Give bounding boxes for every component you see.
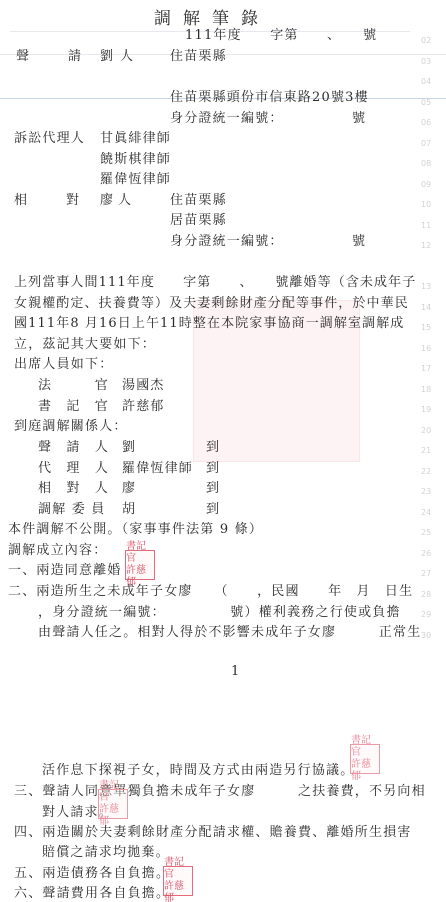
respondent-id-label: 身分證統一編號： xyxy=(170,234,284,250)
term-4-line: 四、兩造關於夫妻剩餘財產分配請求權、贍養費、離婚所生損害 xyxy=(14,825,412,841)
applicant-role: 聲 請 人 xyxy=(16,49,146,65)
counsel-lawyer: 甘眞緋律師 xyxy=(100,131,171,147)
respondent-address-2: 居苗栗縣 xyxy=(170,213,227,229)
term-4-line: 賠償之請求均拋棄。 xyxy=(42,845,170,861)
present-name: 羅偉恆律師 xyxy=(122,461,193,477)
counsel-role: 訴訟代理人 xyxy=(14,131,85,147)
present-role: 相 對 人 xyxy=(38,481,109,497)
line-number: 15 xyxy=(421,323,431,332)
line-number: 11 xyxy=(421,221,431,230)
line-number: 06 xyxy=(421,118,431,127)
line-number: 21 xyxy=(421,446,431,455)
clerk-seal: 書記官 許慈郁 xyxy=(125,550,155,580)
line-number: 19 xyxy=(421,405,431,414)
clerk-seal: 書記官 許慈郁 xyxy=(350,744,380,774)
line-number: 30 xyxy=(421,631,431,640)
term-2-line: 由聲請人任之。相對人得於不影響未成年子女廖 正常生 xyxy=(38,625,421,641)
line-number: 07 xyxy=(421,139,431,148)
present-status: 到 xyxy=(206,502,220,518)
line-number: 03 xyxy=(421,57,431,66)
line-number: 08 xyxy=(421,159,431,168)
respondent-role: 相 對 人 xyxy=(14,193,144,209)
intro-line: 國111年8 月16日上午11時整在本院家事協商一調解室調解成 xyxy=(14,316,404,332)
intro-line: 女親權酌定、扶養費等）及夫妻剩餘財產分配等事件，於中華民 xyxy=(14,296,409,312)
applicant-address-1: 住苗栗縣 xyxy=(170,49,227,65)
seal-title: 書記官 xyxy=(164,857,192,881)
line-number: 29 xyxy=(421,610,431,619)
term-2-line: 活作息下探視子女，時間及方式由兩造另行協議。 xyxy=(42,763,354,779)
line-number: 24 xyxy=(421,508,431,517)
attendee-role: 書 記 官 xyxy=(38,399,109,415)
attendee-name: 湯國杰 xyxy=(122,378,165,394)
present-role: 調解 委 員 xyxy=(38,502,105,518)
seal-title: 書記官 xyxy=(351,735,379,759)
line-number: 12 xyxy=(421,241,431,250)
applicant-id-suffix: 號 xyxy=(352,111,366,127)
attendee-name: 許慈郁 xyxy=(122,399,165,415)
line-number: 17 xyxy=(421,364,431,373)
line-number: 26 xyxy=(421,549,431,558)
applicant-id-label: 身分證統一編號： xyxy=(170,111,284,127)
term-6: 六、聲請費用各自負擔。 xyxy=(14,886,170,902)
term-1: 一、兩造同意離婚 xyxy=(8,563,122,579)
seal-name: 許慈郁 xyxy=(351,759,379,783)
term-3-line: 三、聲請人同意單獨負擔未成年子女廖 之扶養費，不另向相 xyxy=(14,784,426,800)
attendee-role: 法 官 xyxy=(38,378,109,394)
seal-title: 書記官 xyxy=(126,541,154,565)
line-number: 14 xyxy=(421,303,431,312)
line-number: 28 xyxy=(421,590,431,599)
counsel-lawyer: 羅偉恆律師 xyxy=(100,172,171,188)
line-number: 27 xyxy=(421,569,431,578)
counsel-lawyer: 饒斯棋律師 xyxy=(100,152,171,168)
content-heading: 調解成立內容： xyxy=(8,543,107,559)
line-number: 09 xyxy=(421,180,431,189)
case-number-line: 111年度 字第 、 號 xyxy=(185,28,377,44)
attendees-heading: 出席人員如下： xyxy=(14,357,113,373)
intro-line: 立，茲記其大要如下： xyxy=(14,337,156,353)
applicant-address-2: 住苗栗縣頭份市信東路20號3樓 xyxy=(170,90,369,106)
applicant-name: 劉 xyxy=(100,49,114,65)
line-number: 25 xyxy=(421,528,431,537)
line-number: 18 xyxy=(421,385,431,394)
clerk-seal: 書記官 許慈郁 xyxy=(98,789,128,819)
line-number: 13 xyxy=(421,282,431,291)
line-number: 16 xyxy=(421,344,431,353)
line-number: 05 xyxy=(421,98,431,107)
present-status: 到 xyxy=(206,461,220,477)
line-number: 02 xyxy=(421,36,431,45)
line-number: 20 xyxy=(421,426,431,435)
line-number: 04 xyxy=(421,77,431,86)
present-heading: 到庭調解關係人： xyxy=(14,419,128,435)
page-number: 1 xyxy=(231,664,239,679)
non-public-note: 本件調解不公開。（家事事件法第 9 條） xyxy=(8,522,263,538)
respondent-name: 廖 xyxy=(100,193,114,209)
line-number: 23 xyxy=(421,487,431,496)
clerk-seal: 書記官 許慈郁 xyxy=(163,866,193,896)
present-name: 劉 xyxy=(122,440,136,456)
present-name: 廖 xyxy=(122,481,136,497)
present-name: 胡 xyxy=(122,502,136,518)
term-5: 五、兩造債務各自負擔。 xyxy=(14,866,170,882)
intro-line: 上列當事人間111年度 字第 、 號離婚等（含未成年子 xyxy=(14,275,416,291)
present-status: 到 xyxy=(206,440,220,456)
seal-title: 書記官 xyxy=(99,780,127,804)
seal-name: 許慈郁 xyxy=(164,881,192,902)
respondent-address-1: 住苗栗縣 xyxy=(170,193,227,209)
line-number: 22 xyxy=(421,467,431,476)
respondent-id-suffix: 號 xyxy=(352,234,366,250)
document-title: 調解筆錄 xyxy=(154,4,270,29)
term-2-line: 二、兩造所生之未成年子女廖 （ ，民國 年 月 日生 xyxy=(8,584,413,600)
term-2-line: ，身分證統一編號： 號）權利義務之行使或負擔 xyxy=(38,605,401,621)
present-role: 代 理 人 xyxy=(38,461,109,477)
present-role: 聲 請 人 xyxy=(38,440,109,456)
line-number: 10 xyxy=(421,200,431,209)
present-status: 到 xyxy=(206,481,220,497)
